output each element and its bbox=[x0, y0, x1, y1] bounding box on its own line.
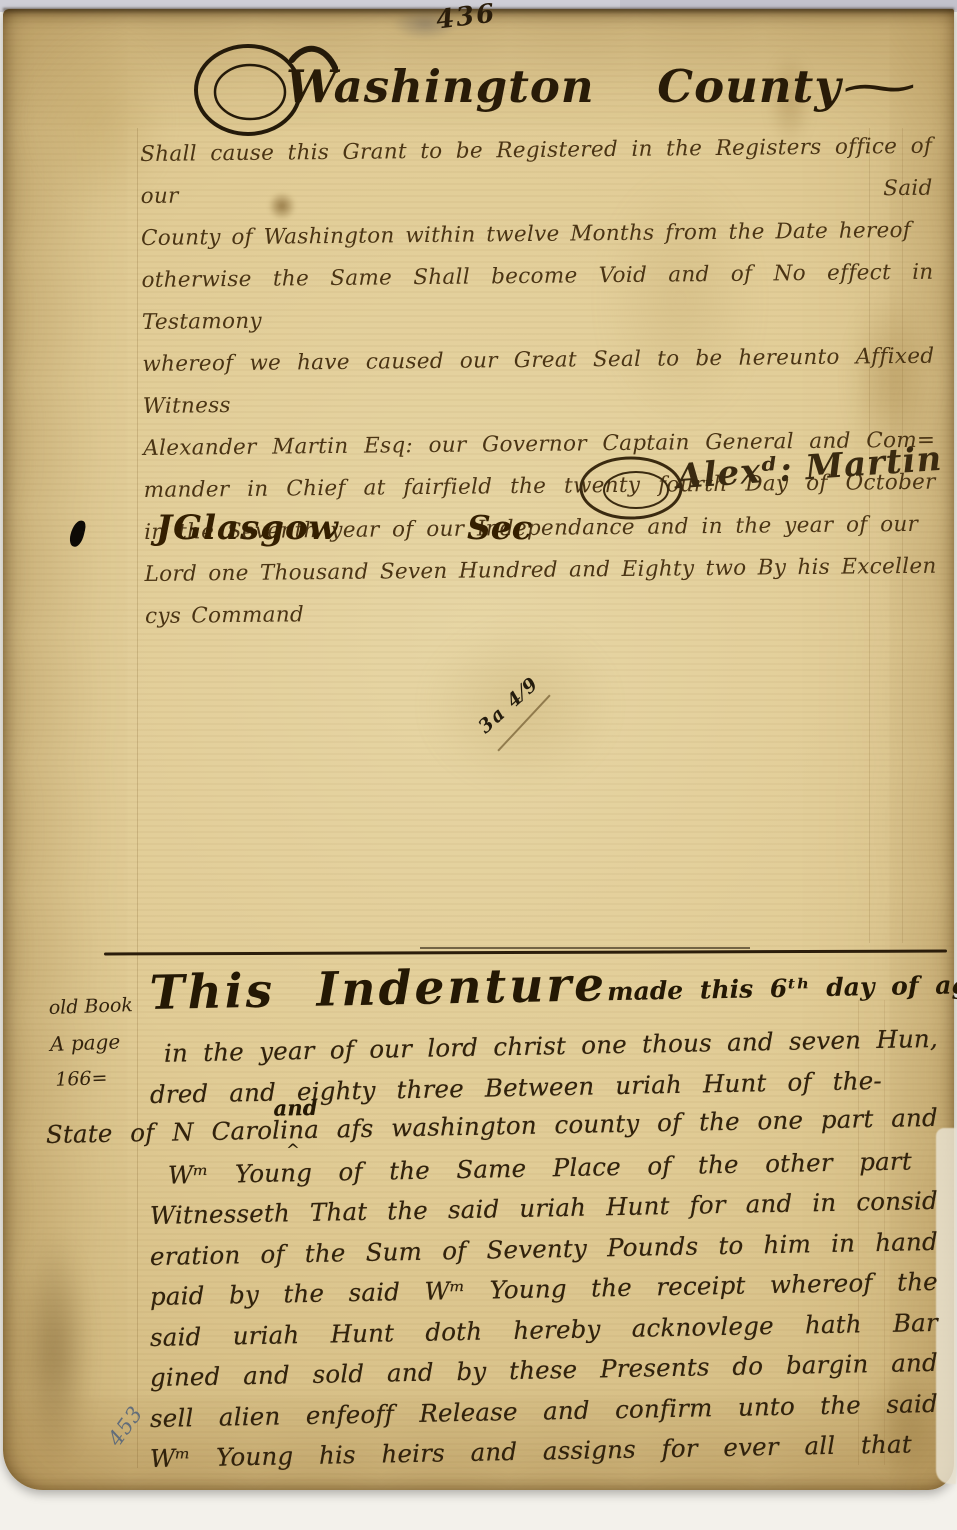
margin-note-line: A page bbox=[49, 1022, 162, 1062]
title-tail-flourish: ~ bbox=[834, 60, 927, 113]
handwritten-line: Lord one Thousand Seven Hundred and Eigh… bbox=[144, 546, 936, 596]
section-divider-echo bbox=[420, 947, 750, 949]
indenture-opening-rest: made this 6ᵗʰ day of agust bbox=[607, 969, 957, 1006]
handwritten-line: Shall cause this Grant to be Registered … bbox=[140, 126, 933, 218]
secretary-signature-row: JGlasgow Sec bbox=[156, 508, 576, 548]
margin-note-line: 166= bbox=[51, 1058, 164, 1098]
scanned-document-page: 436 Washington County~ Shall cause this … bbox=[0, 0, 957, 1530]
margin-note-line: old Book bbox=[48, 986, 161, 1026]
handwritten-line: otherwise the Same Shall become Void and… bbox=[141, 252, 934, 344]
title-text: Washington County bbox=[286, 60, 842, 113]
handwritten-line: cys Command bbox=[145, 588, 937, 638]
grant-paragraph: Shall cause this Grant to be Registered … bbox=[140, 126, 937, 638]
secretary-title: Sec bbox=[467, 508, 532, 547]
margin-reference-note: old Book A page 166= bbox=[48, 986, 164, 1098]
document-title: Washington County~ bbox=[286, 60, 880, 113]
indenture-opening-words: This Indenture bbox=[149, 957, 607, 1021]
secretary-signature: JGlasgow bbox=[156, 508, 339, 548]
torn-right-edge bbox=[936, 1128, 956, 1484]
indenture-paragraph: This Indenture made this 6ᵗʰ day of agus… bbox=[150, 966, 938, 1480]
handwritten-line: whereof we have caused our Great Seal to… bbox=[142, 336, 935, 428]
interlinear-insertion: and bbox=[273, 1088, 318, 1129]
